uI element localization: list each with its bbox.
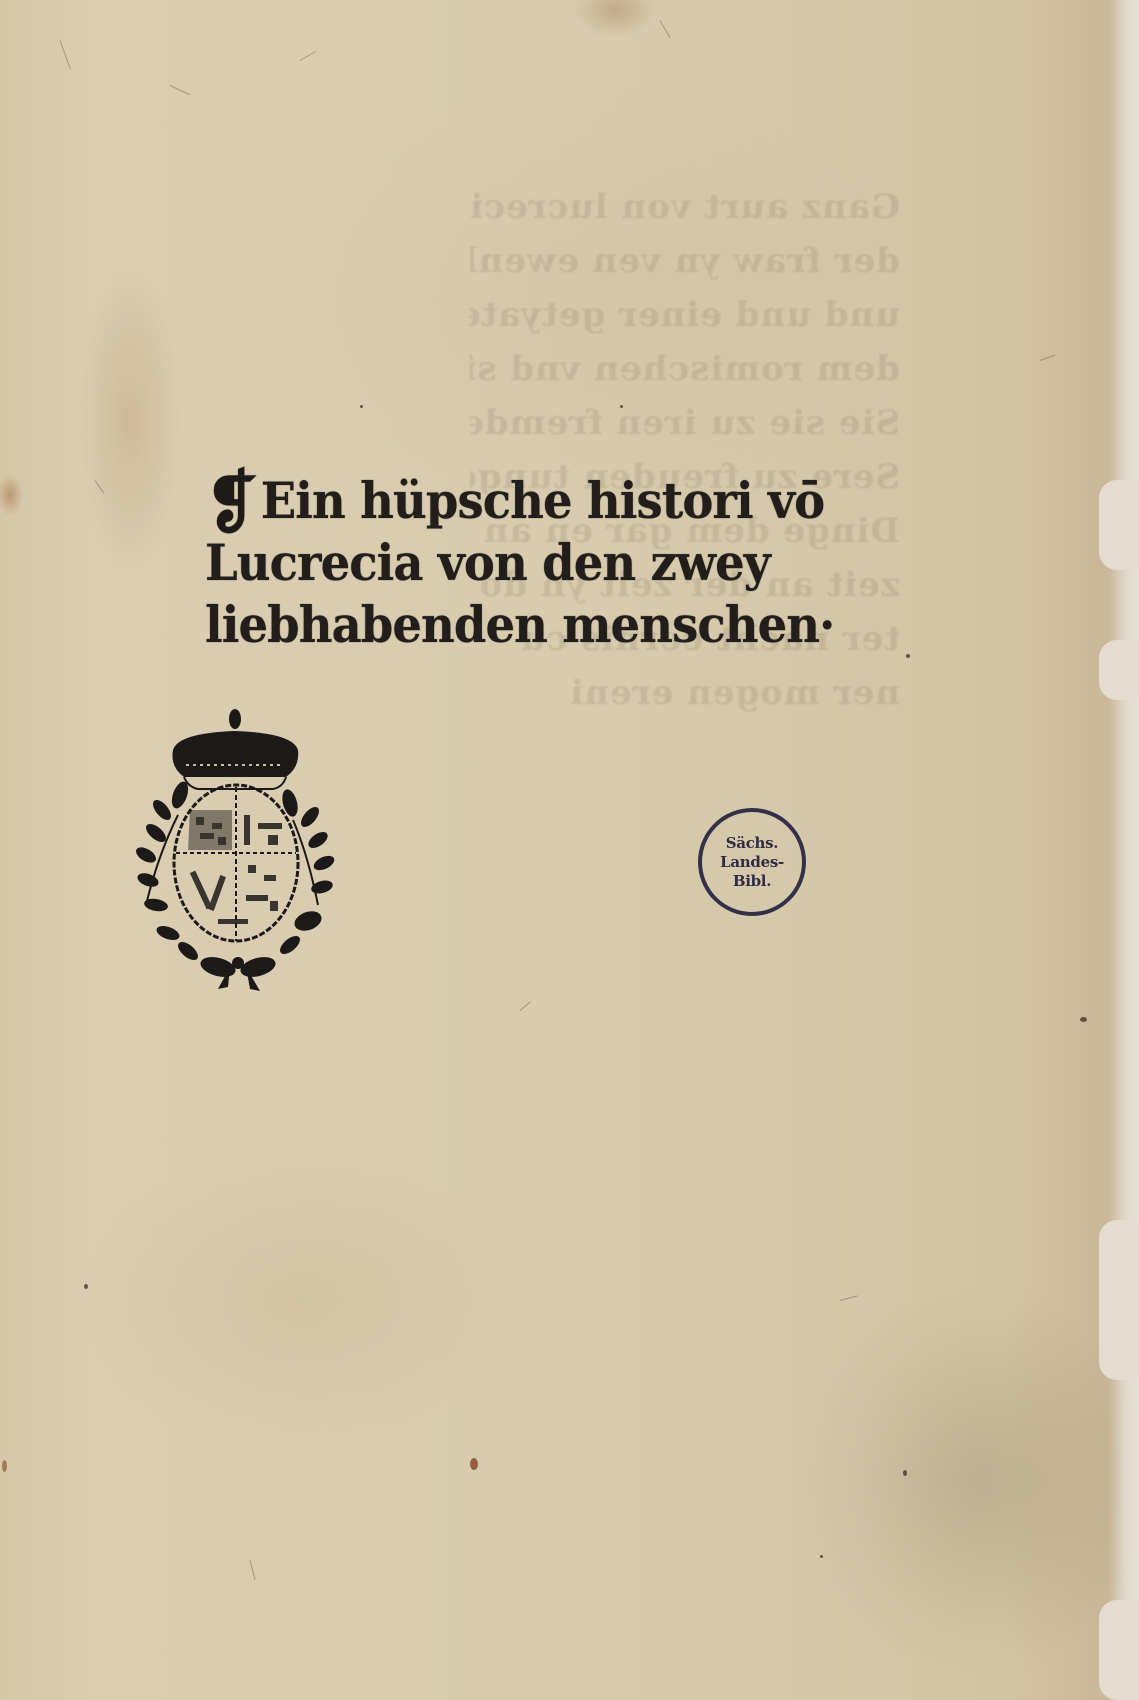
page-edge (1109, 0, 1139, 1700)
paper-fiber (660, 20, 671, 38)
stamp-line-1: Sächs. (726, 834, 778, 853)
title-line-1: ❡Ein hüpsche histori vō (205, 470, 782, 532)
document-page: Ganz aurt von lucrecia der fraw yn ven e… (0, 0, 1139, 1700)
paper-spot (906, 654, 910, 658)
paper-spot (1080, 1017, 1087, 1022)
paper-spot (360, 405, 363, 408)
book-title: ❡Ein hüpsche histori vō Lucrecia von den… (205, 470, 825, 656)
paper-spot (470, 1458, 478, 1470)
edge-wear (1099, 640, 1139, 700)
paper-spot (2, 1460, 7, 1472)
paragraph-mark-icon: ❡ (205, 478, 257, 528)
coat-of-arms-icon (118, 705, 348, 995)
paper-fiber (60, 40, 71, 69)
paper-fiber (95, 480, 104, 493)
paper-fiber (520, 1001, 531, 1011)
edge-wear (1099, 1600, 1139, 1700)
paper-spot (84, 1284, 88, 1289)
library-stamp: Sächs. Landes- Bibl. (698, 808, 806, 916)
paper-spot (820, 1555, 823, 1558)
paper-fiber (250, 1560, 256, 1580)
edge-wear (1099, 1220, 1139, 1380)
paper-fiber (300, 51, 316, 61)
stamp-line-2: Landes- (720, 853, 784, 872)
paper-spot (620, 405, 623, 408)
edge-wear (1099, 480, 1139, 570)
title-line-2: Lucrecia von den zwey (205, 532, 782, 594)
paper-fiber (170, 85, 190, 95)
paper-fiber (840, 1295, 858, 1301)
paper-fiber (1040, 355, 1055, 361)
paper-spot (903, 1470, 907, 1476)
stamp-line-3: Bibl. (733, 872, 771, 891)
title-line-3: liebhabenden menschen· (205, 594, 782, 656)
